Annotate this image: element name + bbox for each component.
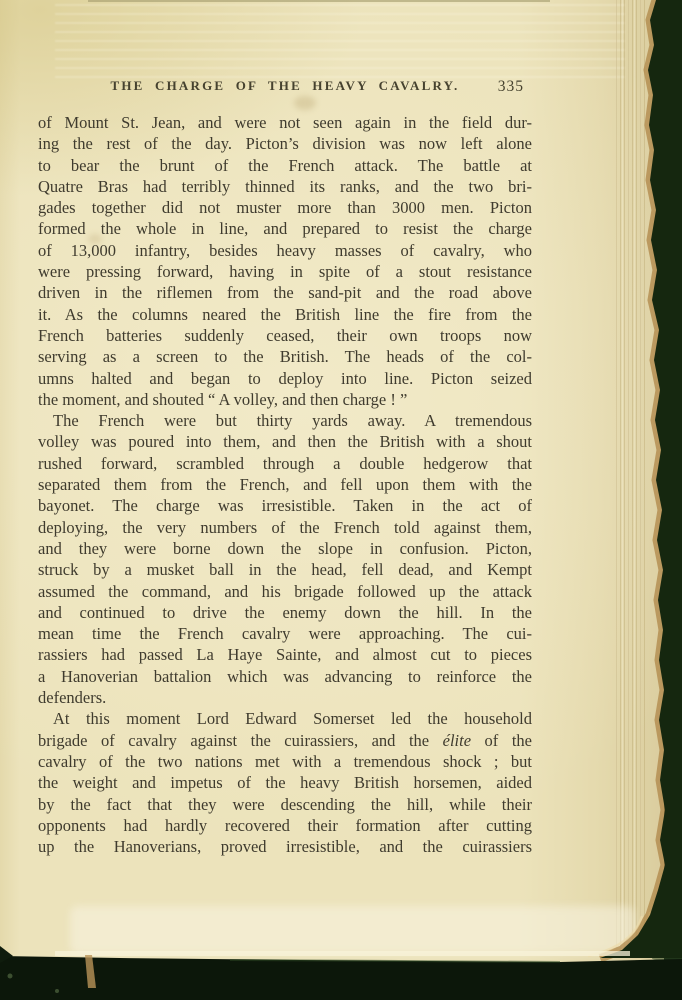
text-line: rushed forward, scrambled through a doub… xyxy=(38,453,532,474)
text-line: separated them from the French, and fell… xyxy=(38,474,532,495)
text-line: volley was poured into them, and then th… xyxy=(38,431,532,452)
text-line: up the Hanoverians, proved irresistible,… xyxy=(38,836,532,857)
speck xyxy=(8,974,13,979)
text-line: to bear the brunt of the French attack. … xyxy=(38,155,532,176)
text-line: the weight and impetus of the heavy Brit… xyxy=(38,772,532,793)
text-line: cavalry of the two nations met with a tr… xyxy=(38,751,532,772)
text-line: defenders. xyxy=(38,687,532,708)
text-block: of Mount St. Jean, and were not seen aga… xyxy=(38,112,532,857)
text-line: a Hanoverian battalion which was advanci… xyxy=(38,666,532,687)
text-line: gades together did not muster more than … xyxy=(38,197,532,218)
text-line: Quatre Bras had terribly thinned its ran… xyxy=(38,176,532,197)
page-title: THE CHARGE OF THE HEAVY CAVALRY. xyxy=(38,76,532,96)
text-line: and continued to drive the enemy down th… xyxy=(38,602,532,623)
text-line: were pressing forward, having in spite o… xyxy=(38,261,532,282)
text-line: it. As the columns neared the British li… xyxy=(38,304,532,325)
text-line: deploying, the very numbers of the Frenc… xyxy=(38,517,532,538)
text-line: and they were borne down the slope in co… xyxy=(38,538,532,559)
text-line: brigade of cavalry against the cuirassie… xyxy=(38,730,532,751)
text-line: driven in the riflemen from the sand-pit… xyxy=(38,282,532,303)
text-column: THE CHARGE OF THE HEAVY CAVALRY. 335 of … xyxy=(38,76,532,857)
paper-texture-streaks xyxy=(55,4,625,82)
book-cover-bottom xyxy=(0,956,682,1000)
text-line: formed the whole in line, and prepared t… xyxy=(38,218,532,239)
page-number: 335 xyxy=(498,77,524,97)
speck xyxy=(55,989,59,993)
text-line: assumed the command, and his brigade fol… xyxy=(38,581,532,602)
text-line: umns halted and began to deploy into lin… xyxy=(38,368,532,389)
text-line: the moment, and shouted “ A volley, and … xyxy=(38,389,532,410)
text-line: opponents had hardly recovered their for… xyxy=(38,815,532,836)
text-line: serving as a screen to the British. The … xyxy=(38,346,532,367)
text-line: of Mount St. Jean, and were not seen aga… xyxy=(38,112,532,133)
bottom-edge-highlight xyxy=(70,906,635,954)
book-page-scan: THE CHARGE OF THE HEAVY CAVALRY. 335 of … xyxy=(0,0,682,1000)
text-line: rassiers had passed La Haye Sainte, and … xyxy=(38,644,532,665)
text-line: of 13,000 infantry, besides heavy masses… xyxy=(38,240,532,261)
text-line: At this moment Lord Edward Somerset led … xyxy=(38,708,532,729)
running-header: THE CHARGE OF THE HEAVY CAVALRY. 335 xyxy=(38,76,532,96)
paper: THE CHARGE OF THE HEAVY CAVALRY. 335 of … xyxy=(0,0,664,962)
text-line: ing the rest of the day. Picton’s divisi… xyxy=(38,133,532,154)
text-line: French batteries suddenly ceased, their … xyxy=(38,325,532,346)
text-line: by the fact that they were descending th… xyxy=(38,794,532,815)
text-line: bayonet. The charge was irresistible. Ta… xyxy=(38,495,532,516)
page-edge-striations xyxy=(616,0,646,950)
text-line: mean time the French cavalry were approa… xyxy=(38,623,532,644)
text-line: The French were but thirty yards away. A… xyxy=(38,410,532,431)
text-line: struck by a musket ball in the head, fel… xyxy=(38,559,532,580)
